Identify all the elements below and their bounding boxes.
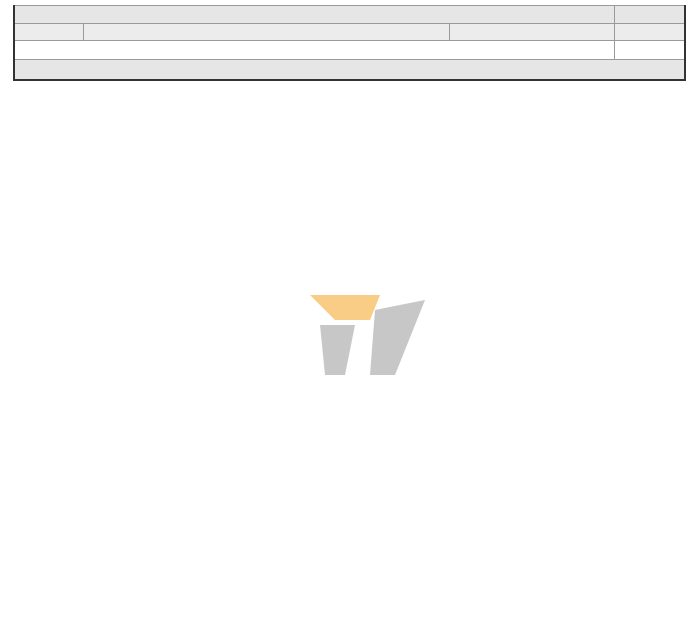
rating-column-header [84,24,450,41]
typical-model [14,60,685,81]
ordering-table [13,5,686,81]
watermark-logo-icon [300,290,430,380]
material-column-header [450,24,615,41]
section-title [14,6,614,24]
standard-label [14,41,614,60]
standard-column-label [614,41,685,60]
